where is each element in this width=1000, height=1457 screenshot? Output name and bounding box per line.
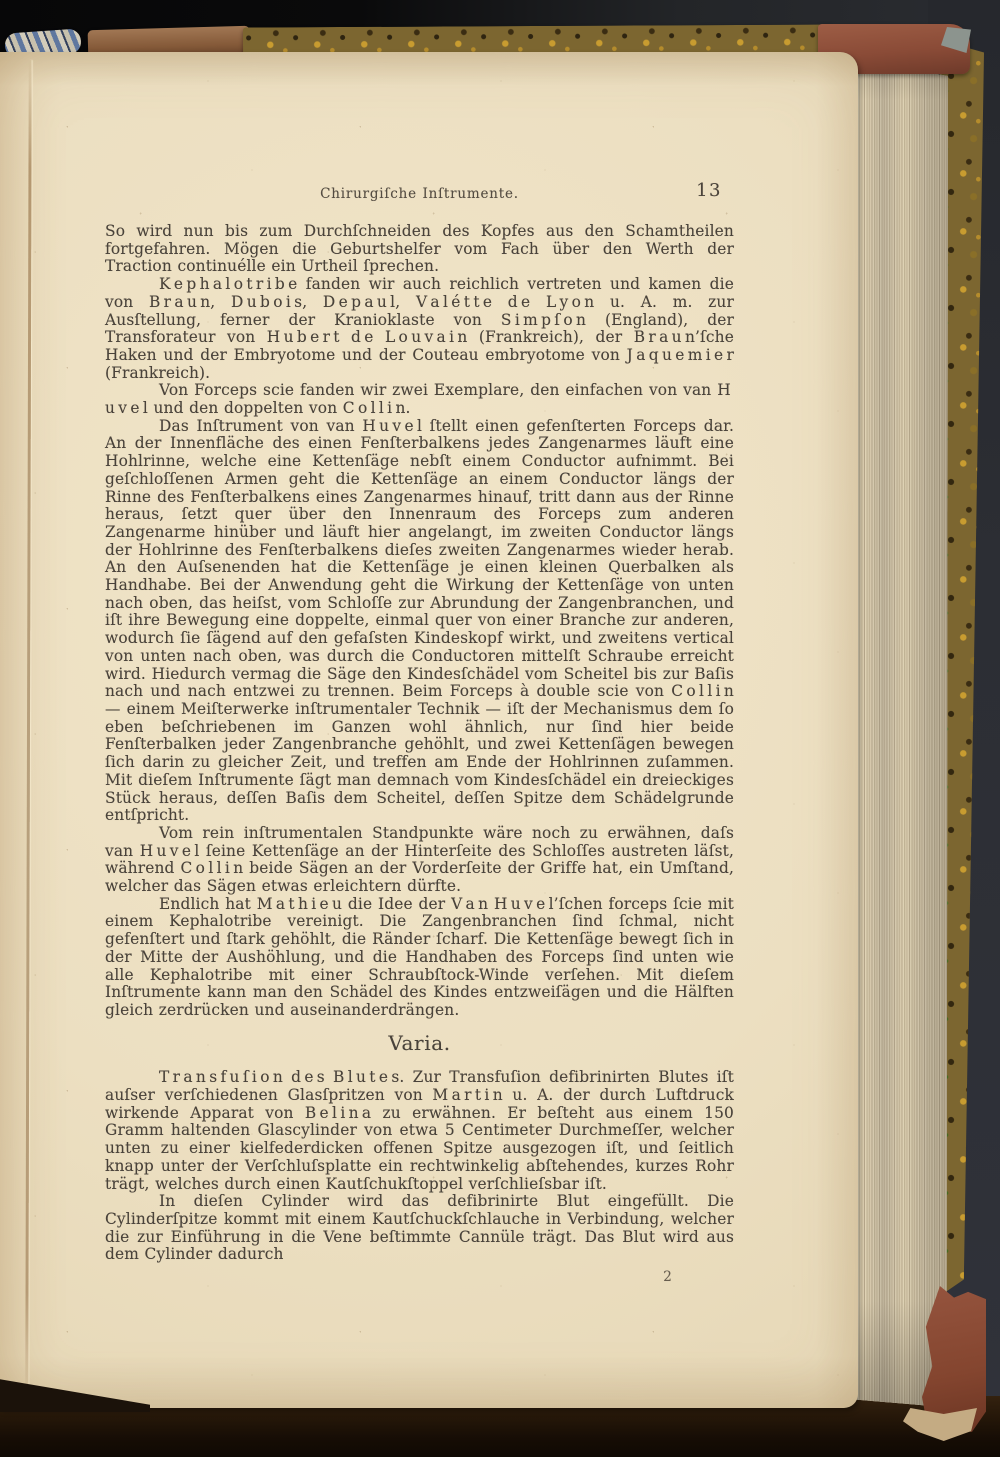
paragraph: In dieſen Cylinder wird das defibrinirte… bbox=[105, 1193, 734, 1264]
paragraph: Vom rein inſtrumentalen Standpunkte wäre… bbox=[105, 825, 734, 896]
paragraph: T r a n s f u ſ i o n d e s B l u t e s.… bbox=[105, 1069, 734, 1193]
page-text-block: Chirurgiſche Inſtrumente. 13 So wird nun… bbox=[105, 186, 734, 1287]
paragraph: Von Forceps scie fanden wir zwei Exempla… bbox=[105, 382, 734, 417]
page-gutter-crease bbox=[25, 60, 32, 1400]
section-heading-varia: Varia. bbox=[105, 1035, 734, 1053]
paragraph: Das Inſtrument von van H u v e l ſtellt … bbox=[105, 418, 734, 825]
paragraph: Endlich hat M a t h i e u die Idee der V… bbox=[105, 896, 734, 1020]
paragraph: So wird nun bis zum Durchſchneiden des K… bbox=[105, 223, 734, 276]
paragraph: K e p h a l o t r i b e fanden wir auch … bbox=[105, 276, 734, 382]
page-number: 13 bbox=[696, 182, 722, 200]
running-title: Chirurgiſche Inſtrumente. bbox=[105, 186, 734, 204]
book-page-stack-edge bbox=[850, 46, 948, 1410]
page-header: Chirurgiſche Inſtrumente. 13 bbox=[105, 186, 734, 203]
book-photo-scene: Chirurgiſche Inſtrumente. 13 So wird nun… bbox=[0, 0, 1000, 1457]
signature-mark: 2 bbox=[105, 1269, 734, 1287]
book-page: Chirurgiſche Inſtrumente. 13 So wird nun… bbox=[0, 52, 858, 1408]
